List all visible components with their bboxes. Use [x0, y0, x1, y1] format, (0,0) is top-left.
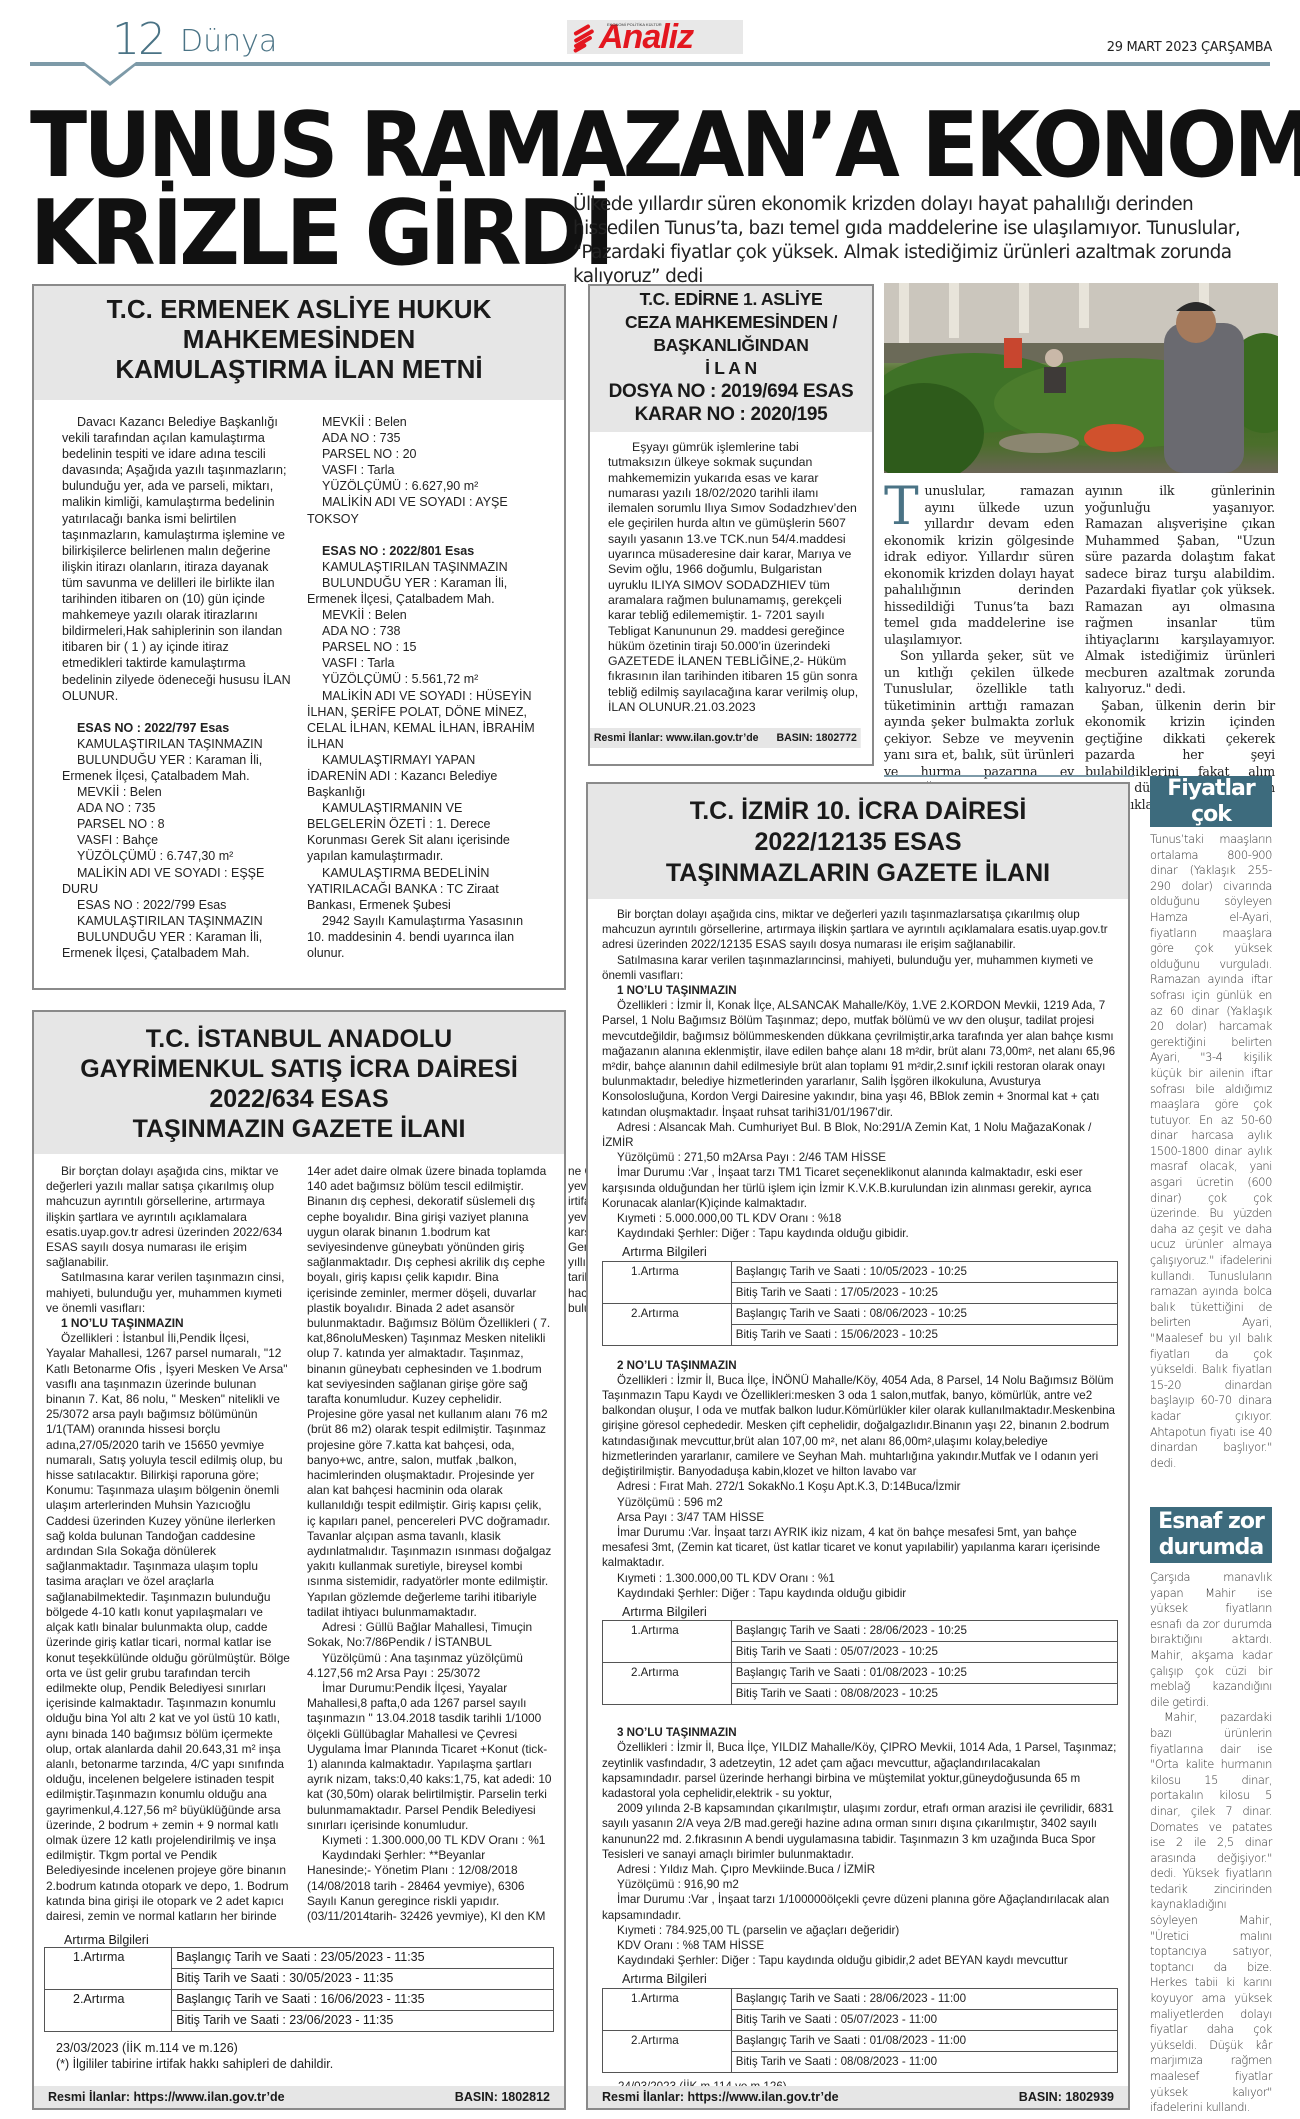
auction-info: Artırma Bilgileri 1.ArtırmaBaşlangıç Tar… [34, 1933, 564, 2072]
newspaper-logo[interactable]: EKONOMİ POLİTİKA KÜLTÜR Analiz [567, 20, 743, 54]
ad-footer: Resmi İlanlar: https://www.ilan.gov.tr’d… [588, 2086, 1128, 2108]
table-row: 2.ArtırmaBaşlangıç Tarih ve Saati : 01/0… [603, 2030, 1118, 2051]
page-number: 12 [112, 14, 164, 65]
headline-deck: Ülkede yıllardır süren ekonomik krizden … [573, 193, 1273, 289]
headline-line-1: TUNUS RAMAZAN’A EKONOMİK [30, 100, 1188, 192]
dropcap: T [884, 485, 918, 529]
ad-title: T.C. İSTANBUL ANADOLU GAYRİMENKUL SATIŞ … [34, 1012, 564, 1154]
property-1-heading: 1 NO’LU TAŞINMAZIN [602, 983, 1118, 998]
ermenek-intro: Davacı Kazancı Belediye Başkanlığı vekil… [62, 414, 291, 704]
ad-body: Bir borçtan dolayı aşağıda cins, miktar … [588, 899, 1128, 2109]
sidebar-text-prices: Tunus’taki maaşların ortalama 800-900 di… [1150, 832, 1272, 1471]
table-row: 2.ArtırmaBaşlangıç Tarih ve Saati : 16/0… [45, 1990, 554, 2011]
ad-title: T.C. ERMENEK ASLİYE HUKUK MAHKEMESİNDEN … [34, 286, 564, 400]
header-rule [30, 62, 1270, 66]
auction-table-1: 1.ArtırmaBaşlangıç Tarih ve Saati : 10/0… [602, 1261, 1118, 1346]
ad-istanbul: T.C. İSTANBUL ANADOLU GAYRİMENKUL SATIŞ … [32, 1010, 566, 2110]
property-2-heading: 2 NO’LU TAŞINMAZIN [602, 1358, 1118, 1373]
ad-footer: Resmi İlanlar: https://www.ilan.gov.tr’d… [34, 2086, 564, 2108]
article-divider [884, 775, 1134, 777]
market-photo [884, 283, 1278, 473]
logo-swoosh-icon [569, 22, 599, 52]
article-column-1: Tunuslular, ramazan ayını ülkede uzun yı… [884, 483, 1074, 813]
ad-ermenek: T.C. ERMENEK ASLİYE HUKUK MAHKEMESİNDEN … [32, 284, 566, 990]
table-row: 2.ArtırmaBaşlangıç Tarih ve Saati : 01/0… [603, 1663, 1118, 1684]
table-row: 2.ArtırmaBaşlangıç Tarih ve Saati : 08/0… [603, 1303, 1118, 1324]
article-column-2: ayının ilk günlerinin yoğunluğu yaşanıyo… [1085, 483, 1275, 813]
table-row: 1.ArtırmaBaşlangıç Tarih ve Saati : 28/0… [603, 1621, 1118, 1642]
official-ads-link[interactable]: Resmi İlanlar: www.ilan.gov.tr’de [594, 732, 759, 744]
ad-footer: Resmi İlanlar: www.ilan.gov.tr’de BASIN:… [590, 728, 861, 748]
ad-body: Davacı Kazancı Belediye Başkanlığı vekil… [34, 400, 564, 1010]
press-code: BASIN: 1802772 [776, 732, 856, 744]
auction-table: 1.ArtırmaBaşlangıç Tarih ve Saati : 23/0… [44, 1947, 554, 2032]
sidebar-heading-prices: Fiyatlar çok yüksek [1150, 776, 1272, 827]
ad-title: T.C. EDİRNE 1. ASLİYE CEZA MAHKEMESİNDEN… [590, 286, 872, 432]
auction-table-2: 1.ArtırmaBaşlangıç Tarih ve Saati : 28/0… [602, 1620, 1118, 1705]
logo-tagline: EKONOMİ POLİTİKA KÜLTÜR [607, 22, 662, 27]
section-name: Dünya [180, 24, 277, 59]
ad-edirne: T.C. EDİRNE 1. ASLİYE CEZA MAHKEMESİNDEN… [588, 284, 874, 766]
table-row: 1.ArtırmaBaşlangıç Tarih ve Saati : 10/0… [603, 1261, 1118, 1282]
sidebar-heading-tradesmen: Esnaf zor durumda [1150, 1507, 1272, 1563]
press-code: BASIN: 1802939 [1019, 2090, 1114, 2104]
auction-table-3: 1.ArtırmaBaşlangıç Tarih ve Saati : 28/0… [602, 1988, 1118, 2073]
headline-line-2: KRİZLE GİRDİ [30, 188, 611, 280]
ad-body: Eşyayı gümrük işlemlerine tabi tutmaksız… [590, 432, 872, 728]
ad-title: T.C. İZMİR 10. İCRA DAİRESİ 2022/12135 E… [588, 784, 1128, 899]
official-ads-link[interactable]: Resmi İlanlar: https://www.ilan.gov.tr’d… [602, 2090, 839, 2104]
press-code: BASIN: 1802812 [455, 2090, 550, 2104]
sidebar-text-tradesmen: Çarşıda manavlık yapan Mahir ise yüksek … [1150, 1570, 1272, 2116]
table-row: 1.ArtırmaBaşlangıç Tarih ve Saati : 28/0… [603, 1988, 1118, 2009]
issue-date: 29 MART 2023 ÇARŞAMBA [1107, 40, 1272, 55]
market-photo-illustration [884, 283, 1278, 473]
ad-izmir: T.C. İZMİR 10. İCRA DAİRESİ 2022/12135 E… [586, 782, 1130, 2110]
official-ads-link[interactable]: Resmi İlanlar: https://www.ilan.gov.tr’d… [48, 2090, 285, 2104]
table-row: 1.ArtırmaBaşlangıç Tarih ve Saati : 23/0… [45, 1948, 554, 1969]
ad-body: Bir borçtan dolayı aşağıda cins, miktar … [34, 1154, 564, 1929]
property-3-heading: 3 NO’LU TAŞINMAZIN [602, 1725, 1118, 1740]
